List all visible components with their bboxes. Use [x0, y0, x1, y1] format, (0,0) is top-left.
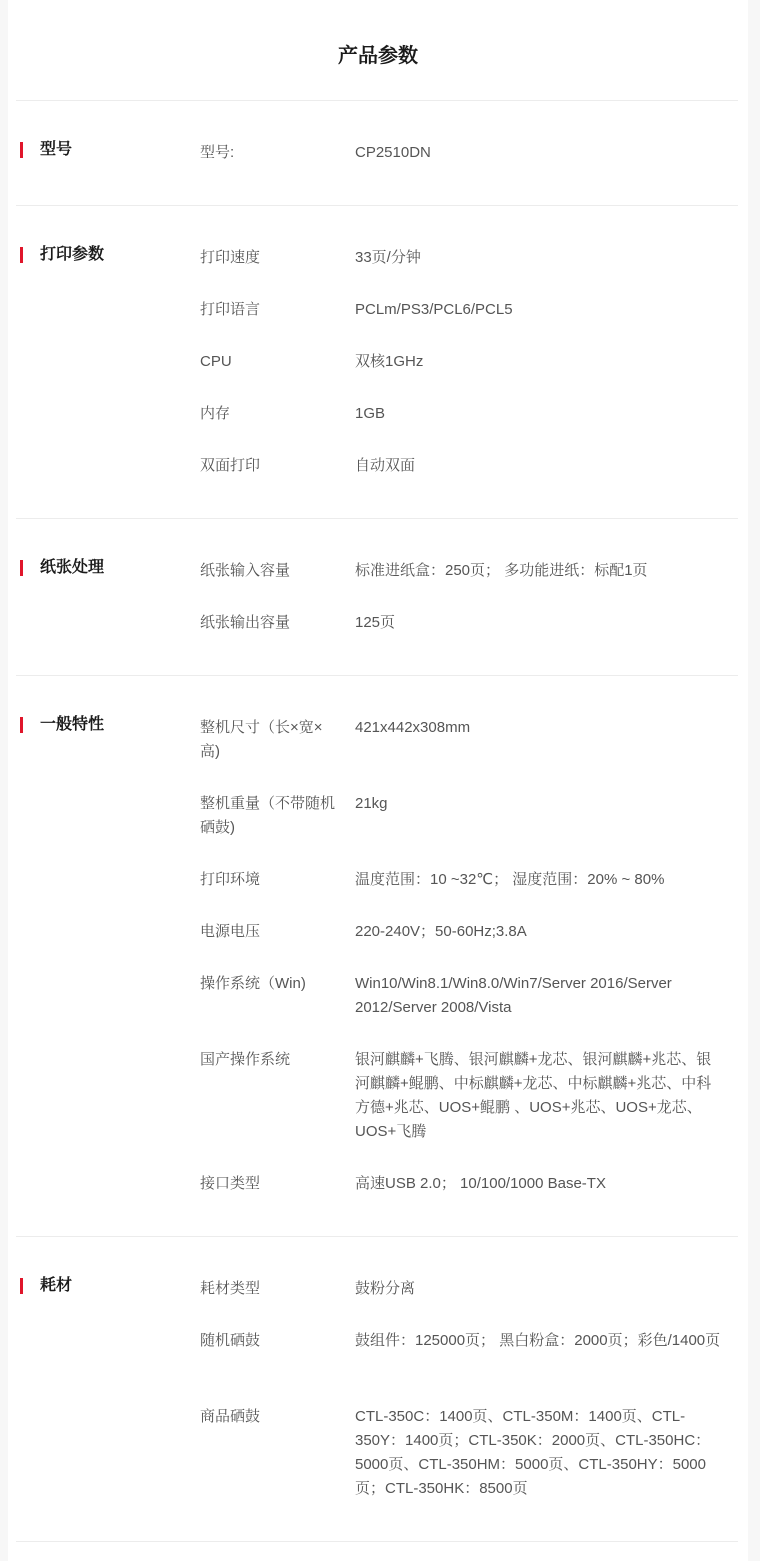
spec-value: 高速USB 2.0； 10/100/1000 Base-TX	[355, 1172, 725, 1196]
spec-value: CP2510DN	[355, 141, 725, 165]
spec-value: PCLm/PS3/PCL6/PCL5	[355, 298, 725, 322]
spec-value: 1GB	[355, 402, 725, 426]
spec-value: 33页/分钟	[355, 246, 725, 270]
spec-value: 鼓粉分离	[355, 1277, 725, 1301]
spec-label: 国产操作系统	[200, 1048, 340, 1072]
page-title: 产品参数	[8, 38, 748, 74]
divider	[16, 1541, 738, 1542]
spec-label: 随机硒鼓	[200, 1329, 340, 1353]
spec-label: 型号:	[200, 141, 340, 165]
section-accent-bar	[20, 560, 23, 576]
spec-value: 温度范围：10 ~32℃； 湿度范围：20% ~ 80%	[355, 868, 725, 892]
section-title: 纸张处理	[40, 557, 104, 579]
divider	[16, 518, 738, 519]
spec-value: 自动双面	[355, 454, 725, 478]
spec-value: 220-240V；50-60Hz;3.8A	[355, 920, 725, 944]
section-title: 一般特性	[40, 714, 104, 736]
spec-label: 打印环境	[200, 868, 340, 892]
spec-value: 421x442x308mm	[355, 716, 725, 740]
spec-label: 电源电压	[200, 920, 340, 944]
divider	[16, 1236, 738, 1237]
spec-value: 鼓组件：125000页； 黑白粉盒：2000页；彩色/1400页	[355, 1329, 725, 1353]
section-accent-bar	[20, 247, 23, 263]
section-accent-bar	[20, 1278, 23, 1294]
spec-label: 耗材类型	[200, 1277, 340, 1301]
spec-value: 标准进纸盒：250页； 多功能进纸：标配1页	[355, 559, 725, 583]
divider	[16, 675, 738, 676]
spec-value: 双核1GHz	[355, 350, 725, 374]
spec-value: CTL-350C：1400页、CTL-350M：1400页、CTL-350Y：1…	[355, 1405, 725, 1501]
spec-label: 整机重量（不带随机硒鼓)	[200, 792, 335, 840]
section-accent-bar	[20, 717, 23, 733]
section-title: 耗材	[40, 1275, 72, 1297]
spec-label: 操作系统（Win)	[200, 972, 340, 996]
spec-value: 21kg	[355, 792, 725, 816]
spec-label: 内存	[200, 402, 340, 426]
section-title: 打印参数	[40, 244, 104, 266]
section-accent-bar	[20, 142, 23, 158]
spec-label: 纸张输入容量	[200, 559, 340, 583]
spec-label: 整机尺寸（长×宽×高)	[200, 716, 335, 764]
spec-value: 银河麒麟+飞腾、银河麒麟+龙芯、银河麒麟+兆芯、银河麒麟+鲲鹏、中标麒麟+龙芯、…	[355, 1048, 725, 1144]
spec-label: 商品硒鼓	[200, 1405, 340, 1429]
product-params-page: 产品参数 型号 型号: CP2510DN 打印参数 打印速度 33页/分钟 打印…	[8, 0, 748, 1561]
section-title: 型号	[40, 139, 72, 161]
spec-label: 打印速度	[200, 246, 340, 270]
divider	[16, 205, 738, 206]
spec-label: 双面打印	[200, 454, 340, 478]
spec-label: 打印语言	[200, 298, 340, 322]
spec-value: Win10/Win8.1/Win8.0/Win7/Server 2016/Ser…	[355, 972, 725, 1020]
divider	[16, 100, 738, 101]
spec-label: 纸张输出容量	[200, 611, 340, 635]
spec-value: 125页	[355, 611, 725, 635]
spec-label: CPU	[200, 350, 340, 374]
spec-label: 接口类型	[200, 1172, 340, 1196]
